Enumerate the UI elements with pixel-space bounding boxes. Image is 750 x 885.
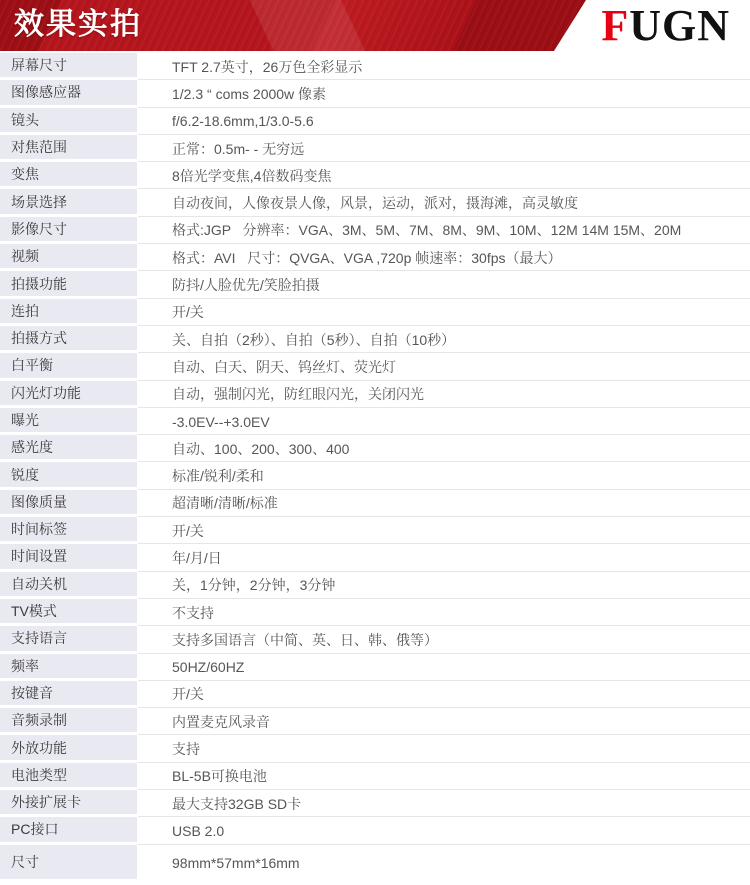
spec-value: 格式:JGP 分辨率：VGA、3M、5M、7M、8M、9M、10M、12M 14…: [137, 217, 750, 244]
spec-label: 场景选择: [0, 189, 137, 216]
spec-row: 变焦8倍光学变焦,4倍数码变焦: [0, 162, 750, 189]
spec-label: 拍摄方式: [0, 326, 137, 353]
spec-label: 电池类型: [0, 763, 137, 790]
spec-value: -3.0EV--+3.0EV: [137, 408, 750, 435]
spec-label: 锐度: [0, 462, 137, 489]
spec-label: 变焦: [0, 162, 137, 189]
spec-row: 外放功能支持: [0, 735, 750, 762]
section-title: 效果实拍: [14, 0, 142, 50]
spec-label: 频率: [0, 654, 137, 681]
spec-row: 拍摄功能防抖/人脸优先/笑脸拍摄: [0, 271, 750, 298]
spec-label: 尺寸: [0, 845, 137, 882]
brand-letters-rest: UGN: [629, 1, 730, 50]
spec-label: 自动关机: [0, 572, 137, 599]
spec-value: 内置麦克风录音: [137, 708, 750, 735]
spec-value: 50HZ/60HZ: [137, 654, 750, 681]
spec-value: 最大支持32GB SD卡: [137, 790, 750, 817]
spec-row: 拍摄方式关、自拍（2秒）、自拍（5秒）、自拍（10秒）: [0, 326, 750, 353]
spec-value: BL-5B可换电池: [137, 763, 750, 790]
spec-value: 防抖/人脸优先/笑脸拍摄: [137, 271, 750, 298]
spec-label: 闪光灯功能: [0, 381, 137, 408]
spec-label: 连拍: [0, 299, 137, 326]
spec-label: 图像质量: [0, 490, 137, 517]
spec-row: 影像尺寸格式:JGP 分辨率：VGA、3M、5M、7M、8M、9M、10M、12…: [0, 217, 750, 244]
spec-row: 闪光灯功能自动，强制闪光，防红眼闪光，关闭闪光: [0, 381, 750, 408]
spec-value: 关，1分钟，2分钟，3分钟: [137, 572, 750, 599]
spec-table: 屏幕尺寸TFT 2.7英寸，26万色全彩显示图像感应器1/2.3 “ coms …: [0, 53, 750, 882]
spec-label: 镜头: [0, 108, 137, 135]
spec-row: 镜头f/6.2-18.6mm,1/3.0-5.6: [0, 108, 750, 135]
spec-value: 自动、白天、阴天、钨丝灯、荧光灯: [137, 353, 750, 380]
spec-value: 开/关: [137, 517, 750, 544]
spec-value: 开/关: [137, 681, 750, 708]
spec-value: 超清晰/清晰/标准: [137, 490, 750, 517]
spec-label: 图像感应器: [0, 80, 137, 107]
page: 效果实拍 FUGN 屏幕尺寸TFT 2.7英寸，26万色全彩显示图像感应器1/2…: [0, 0, 750, 885]
spec-label: 拍摄功能: [0, 271, 137, 298]
spec-label: 音频录制: [0, 708, 137, 735]
spec-row: 时间标签开/关: [0, 517, 750, 544]
spec-value: 正常：0.5m- - 无穷远: [137, 135, 750, 162]
spec-value: 自动，强制闪光，防红眼闪光，关闭闪光: [137, 381, 750, 408]
spec-value: f/6.2-18.6mm,1/3.0-5.6: [137, 108, 750, 135]
spec-row: 频率50HZ/60HZ: [0, 654, 750, 681]
spec-label: 屏幕尺寸: [0, 53, 137, 80]
spec-value: 开/关: [137, 299, 750, 326]
spec-label: 曝光: [0, 408, 137, 435]
spec-row: 对焦范围正常：0.5m- - 无穷远: [0, 135, 750, 162]
spec-row: 连拍开/关: [0, 299, 750, 326]
spec-row: 音频录制内置麦克风录音: [0, 708, 750, 735]
spec-value: 支持多国语言（中简、英、日、韩、俄等）: [137, 626, 750, 653]
spec-row: 屏幕尺寸TFT 2.7英寸，26万色全彩显示: [0, 53, 750, 80]
spec-value: 格式：AVI 尺寸：QVGA、VGA ,720p 帧速率：30fps（最大）: [137, 244, 750, 271]
spec-label: 时间设置: [0, 544, 137, 571]
spec-row: 电池类型BL-5B可换电池: [0, 763, 750, 790]
spec-value: 关、自拍（2秒）、自拍（5秒）、自拍（10秒）: [137, 326, 750, 353]
spec-label: 外放功能: [0, 735, 137, 762]
spec-label: 影像尺寸: [0, 217, 137, 244]
spec-row: TV模式不支持: [0, 599, 750, 626]
header-red-banner: 效果实拍: [0, 0, 586, 51]
spec-label: 视频: [0, 244, 137, 271]
spec-label: 对焦范围: [0, 135, 137, 162]
spec-label: PC接口: [0, 817, 137, 844]
brand-logo: FUGN: [601, 0, 730, 52]
spec-row: 场景选择自动夜间，人像夜景人像，风景，运动，派对，摄海滩，高灵敏度: [0, 189, 750, 216]
spec-value: 年/月/日: [137, 544, 750, 571]
spec-row: 尺寸98mm*57mm*16mm: [0, 845, 750, 882]
spec-label: 时间标签: [0, 517, 137, 544]
spec-row: 曝光-3.0EV--+3.0EV: [0, 408, 750, 435]
brand-letter-f: F: [601, 1, 629, 50]
spec-label: TV模式: [0, 599, 137, 626]
spec-label: 按键音: [0, 681, 137, 708]
spec-row: 锐度标准/锐利/柔和: [0, 462, 750, 489]
spec-value: 自动、100、200、300、400: [137, 435, 750, 462]
spec-row: 按键音开/关: [0, 681, 750, 708]
spec-row: 白平衡自动、白天、阴天、钨丝灯、荧光灯: [0, 353, 750, 380]
header: 效果实拍 FUGN: [0, 0, 750, 51]
spec-value: 1/2.3 “ coms 2000w 像素: [137, 80, 750, 107]
spec-label: 外接扩展卡: [0, 790, 137, 817]
spec-label: 支持语言: [0, 626, 137, 653]
spec-row: 自动关机关，1分钟，2分钟，3分钟: [0, 572, 750, 599]
spec-value: 98mm*57mm*16mm: [137, 845, 750, 882]
spec-value: 不支持: [137, 599, 750, 626]
spec-row: 支持语言支持多国语言（中简、英、日、韩、俄等）: [0, 626, 750, 653]
spec-label: 感光度: [0, 435, 137, 462]
spec-row: PC接口USB 2.0: [0, 817, 750, 844]
spec-row: 图像质量超清晰/清晰/标准: [0, 490, 750, 517]
spec-row: 时间设置年/月/日: [0, 544, 750, 571]
spec-value: USB 2.0: [137, 817, 750, 844]
spec-row: 感光度自动、100、200、300、400: [0, 435, 750, 462]
spec-row: 视频格式：AVI 尺寸：QVGA、VGA ,720p 帧速率：30fps（最大）: [0, 244, 750, 271]
spec-value: TFT 2.7英寸，26万色全彩显示: [137, 53, 750, 80]
spec-value: 自动夜间，人像夜景人像，风景，运动，派对，摄海滩，高灵敏度: [137, 189, 750, 216]
spec-value: 标准/锐利/柔和: [137, 462, 750, 489]
spec-row: 外接扩展卡最大支持32GB SD卡: [0, 790, 750, 817]
spec-label: 白平衡: [0, 353, 137, 380]
spec-value: 支持: [137, 735, 750, 762]
spec-value: 8倍光学变焦,4倍数码变焦: [137, 162, 750, 189]
spec-row: 图像感应器1/2.3 “ coms 2000w 像素: [0, 80, 750, 107]
